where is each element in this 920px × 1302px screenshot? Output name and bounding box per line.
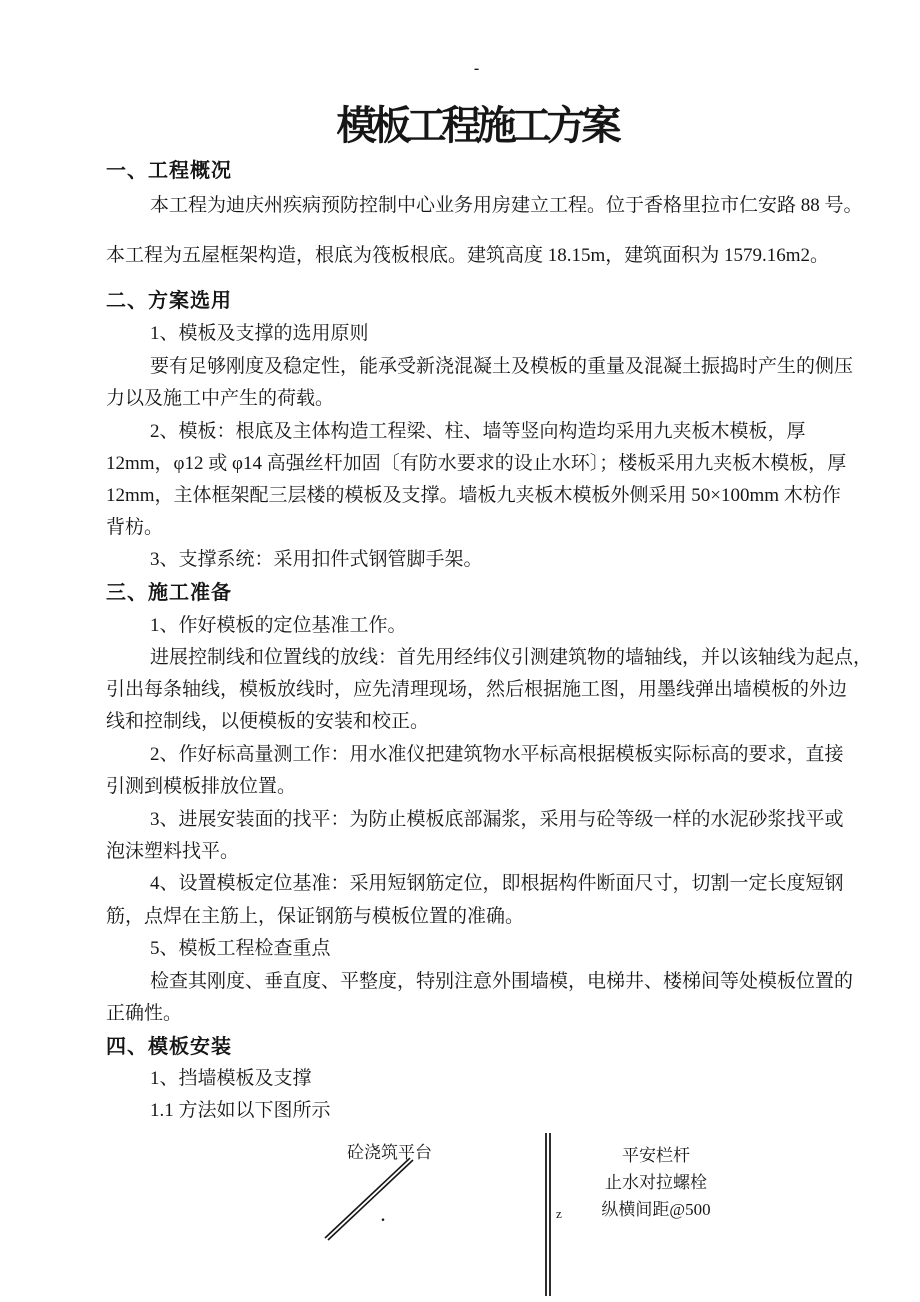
- paragraph-line: 筋，点焊在主筋上，保证钢筋与模板位置的准确。: [106, 905, 854, 928]
- section-heading: 二、方案选用: [106, 290, 854, 313]
- railing-label: 平安栏杆: [556, 1142, 756, 1169]
- paragraph-line: 本工程为迪庆州疾病预防控制中心业务用房建立工程。位于香格里拉市仁安路 88 号。: [106, 194, 898, 217]
- list-item-line: 5、模板工程检查重点: [106, 937, 898, 960]
- top-dash: -: [106, 60, 847, 78]
- list-item-line: 2、模板：根底及主体构造工程梁、柱、墙等竖向构造均采用九夹板木模板，厚: [106, 420, 898, 443]
- list-item-line: 1.1 方法如以下图所示: [106, 1099, 898, 1122]
- list-item-line: 3、进展安装面的找平：为防止模板底部漏浆，采用与砼等级一样的水泥砂浆找平或: [106, 808, 898, 831]
- paragraph-line: 12mm，φ12 或 φ14 高强丝杆加固〔有防水要求的设止水环〕；楼板采用九夹…: [106, 452, 854, 475]
- list-item-line: 4、设置模板定位基准：采用短钢筋定位，即根据构件断面尺寸，切割一定长度短钢: [106, 872, 898, 895]
- paragraph-line: 正确性。: [106, 1002, 854, 1025]
- stray-dot: .: [381, 1208, 385, 1226]
- platform-label: 砼浇筑平台: [347, 1143, 432, 1163]
- document-page: - 模板工程施工方案 一、工程概况 本工程为迪庆州疾病预防控制中心业务用房建立工…: [0, 0, 920, 1302]
- section-heading: 三、施工准备: [106, 582, 854, 605]
- section-heading: 四、模板安装: [106, 1036, 854, 1059]
- list-item-line: 3、支撑系统：采用扣件式钢管脚手架。: [106, 548, 898, 571]
- paragraph-line: 要有足够刚度及稳定性，能承受新浇混凝土及模板的重量及混凝土振捣时产生的侧压: [106, 355, 898, 378]
- list-item-line: 2、作好标高量测工作：用水准仪把建筑物水平标高根据模板实际标高的要求，直接: [106, 743, 898, 766]
- paragraph-line: 引测到模板排放位置。: [106, 775, 854, 798]
- paragraph-line: 力以及施工中产生的荷载。: [106, 387, 854, 410]
- paragraph-line: 本工程为五屋框架构造，根底为筏板根底。建筑高度 18.15m，建筑面积为 157…: [106, 244, 854, 267]
- pour-platform-leader-line: [325, 1158, 410, 1238]
- list-item-line: 1、模板及支撑的选用原则: [106, 322, 898, 345]
- paragraph-line: 12mm，主体框架配三层楼的模板及支撑。墙板九夹板木模板外侧采用 50×100m…: [106, 484, 854, 507]
- paragraph-line: 背枋。: [106, 516, 854, 539]
- spacing-label: 纵横间距@500: [556, 1196, 756, 1223]
- doc-title: 模板工程施工方案: [106, 102, 847, 150]
- pour-platform-leader-line: [328, 1160, 413, 1240]
- tie-bolt-label: 止水对拉螺栓: [556, 1169, 756, 1196]
- list-item-line: 1、作好模板的定位基准工作。: [106, 614, 898, 637]
- diagram-right-labels: 平安栏杆 止水对拉螺栓 纵横间距@500: [556, 1142, 756, 1223]
- paragraph-line: 进展控制线和位置线的放线：首先用经纬仪引测建筑物的墙轴线，并以该轴线为起点，: [106, 646, 898, 669]
- paragraph-line: 引出每条轴线，模板放线时，应先清理现场，然后根据施工图，用墨线弹出墙模板的外边: [106, 678, 854, 701]
- paragraph-line: 泡沫塑料找平。: [106, 840, 854, 863]
- list-item-line: 1、挡墙模板及支撑: [106, 1067, 898, 1090]
- paragraph-line: 检查其刚度、垂直度、平整度，特别注意外围墙模，电梯井、楼梯间等处模板位置的: [106, 970, 898, 993]
- paragraph-line: 线和控制线，以便模板的安装和校正。: [106, 710, 854, 733]
- section-heading: 一、工程概况: [106, 160, 854, 183]
